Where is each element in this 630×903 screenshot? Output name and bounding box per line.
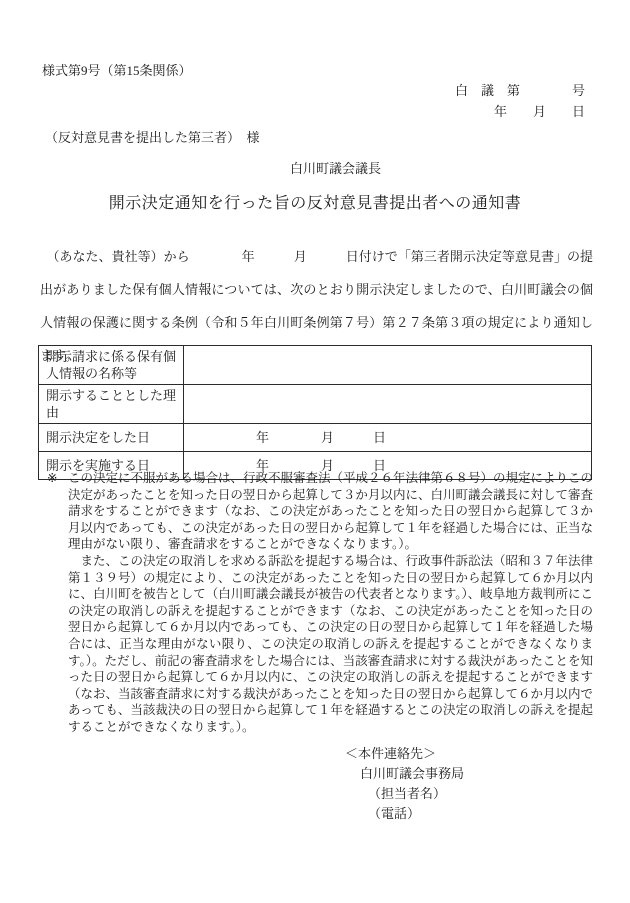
document-title: 開示決定通知を行った旨の反対意見書提出者への通知書 [0,190,630,213]
note-paragraph-appeal: この決定に不服がある場合は、行政不服審査法（平成２６年法律第６８号）の規定により… [68,470,593,553]
row-value-held-info-name [184,346,592,385]
row-value-decision-date: 年 月 日 [184,424,592,452]
contact-phone: （電話） [345,804,464,824]
row-label-held-info-name: 開示請求に係る保有個人情報の名称等 [39,346,184,385]
note-paragraph-lawsuit: また、この決定の取消しを求める訴訟を提起する場合は、行政事件訴訟法（昭和３７年法… [68,553,593,736]
form-number: 様式第9号（第15条関係） [42,60,192,79]
table-row: 開示することとした理由 [39,385,592,424]
contact-heading: ＜本件連絡先＞ [345,744,464,764]
sender-name: 白川町議会議長 [290,158,381,177]
contact-block: ＜本件連絡先＞ 白川町議会事務局 （担当者名） （電話） [345,744,464,824]
recipient-line: （反対意見書を提出した第三者） 様 [45,127,260,146]
row-label-disclosure-reason: 開示することとした理由 [39,385,184,424]
appeal-note: ※ この決定に不服がある場合は、行政不服審査法（平成２６年法律第６８号）の規定に… [40,470,593,736]
contact-person: （担当者名） [345,784,464,804]
contact-office: 白川町議会事務局 [345,764,464,784]
note-body: この決定に不服がある場合は、行政不服審査法（平成２６年法律第６８号）の規定により… [68,470,593,736]
document-page: 様式第9号（第15条関係） 白 議 第 号 年 月 日 （反対意見書を提出した第… [0,0,630,903]
disclosure-info-table: 開示請求に係る保有個人情報の名称等 開示することとした理由 開示決定をした日 年… [38,345,592,480]
table-row: 開示請求に係る保有個人情報の名称等 [39,346,592,385]
date-line: 年 月 日 [494,101,585,120]
note-marker: ※ [47,470,57,487]
table-row: 開示決定をした日 年 月 日 [39,424,592,452]
row-value-disclosure-reason [184,385,592,424]
row-label-decision-date: 開示決定をした日 [39,424,184,452]
document-number-line: 白 議 第 号 [455,80,585,99]
